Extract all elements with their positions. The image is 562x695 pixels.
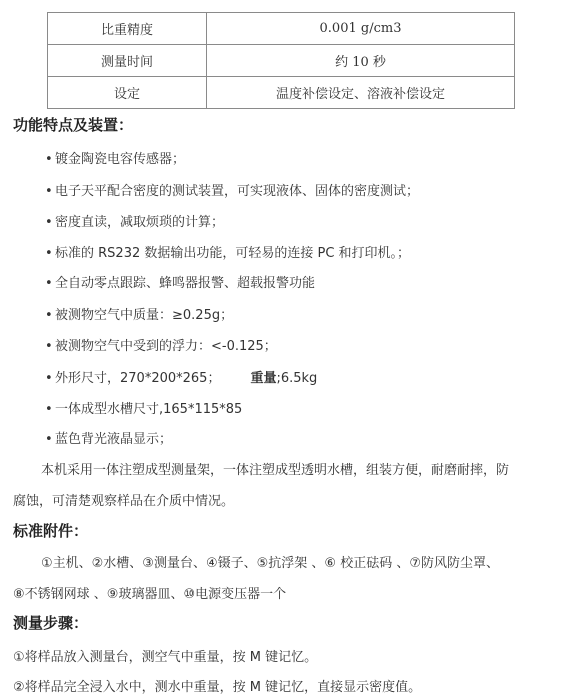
- spec-label: 比重精度: [48, 13, 207, 45]
- feature-item: •被测物空气中受到的浮力：<-0.125；: [45, 335, 277, 354]
- feature-item: •电子天平配合密度的测试装置，可实现液体、固体的密度测试；: [45, 180, 419, 199]
- feature-item: •一体成型水槽尺寸,165*115*85: [45, 398, 242, 417]
- bullet-icon: •: [45, 276, 55, 291]
- weight-label: 重量: [250, 371, 276, 386]
- step-item: ②将样品完全浸入水中，测水中重量，按 M 键记忆，直接显示密度值。: [13, 676, 421, 695]
- feature-text: 外形尺寸，270*200*265；: [55, 371, 220, 386]
- feature-item: •标准的 RS232 数据输出功能，可轻易的连接 PC 和打印机。；: [45, 242, 410, 261]
- bullet-icon: •: [45, 339, 55, 354]
- feature-text: 标准的 RS232 数据输出功能，可轻易的连接 PC 和打印机。；: [55, 246, 410, 261]
- spec-label: 测量时间: [48, 45, 207, 77]
- bullet-icon: •: [45, 152, 55, 167]
- feature-text: 被测物空气中质量：≥0.25g；: [55, 308, 233, 323]
- step-item: ①将样品放入测量台，测空气中重量，按 M 键记忆。: [13, 646, 317, 665]
- description-paragraph-line: 本机采用一体注塑成型测量架，一体注塑成型透明水槽，组装方便，耐磨耐摔，防: [41, 459, 509, 478]
- table-row: 比重精度 0.001 g/cm3: [48, 13, 515, 45]
- spec-table: 比重精度 0.001 g/cm3 测量时间 约 10 秒 设定 温度补偿设定、溶…: [47, 12, 515, 109]
- feature-text: 蓝色背光液晶显示；: [55, 432, 172, 447]
- accessories-heading: 标准附件：: [13, 520, 88, 541]
- spec-value: 0.001 g/cm3: [207, 13, 515, 45]
- bullet-icon: •: [45, 308, 55, 323]
- spec-value: 温度补偿设定、溶液补偿设定: [207, 77, 515, 109]
- bullet-icon: •: [45, 184, 55, 199]
- table-row: 设定 温度补偿设定、溶液补偿设定: [48, 77, 515, 109]
- spec-value: 约 10 秒: [207, 45, 515, 77]
- feature-item: •外形尺寸，270*200*265；重量;6.5kg: [45, 367, 317, 386]
- steps-heading: 测量步骤：: [13, 612, 88, 633]
- feature-text: 全自动零点跟踪、蜂鸣器报警、超载报警功能: [55, 276, 315, 291]
- feature-text: 电子天平配合密度的测试装置，可实现液体、固体的密度测试；: [55, 184, 419, 199]
- feature-text: 镀金陶瓷电容传感器；: [55, 152, 185, 167]
- bullet-icon: •: [45, 215, 55, 230]
- spec-label: 设定: [48, 77, 207, 109]
- feature-item: •蓝色背光液晶显示；: [45, 428, 172, 447]
- features-heading: 功能特点及装置：: [13, 114, 133, 135]
- feature-text: 一体成型水槽尺寸,165*115*85: [55, 402, 242, 417]
- table-row: 测量时间 约 10 秒: [48, 45, 515, 77]
- feature-item: •全自动零点跟踪、蜂鸣器报警、超载报警功能: [45, 272, 315, 291]
- bullet-icon: •: [45, 371, 55, 386]
- description-paragraph-line: 腐蚀，可清楚观察样品在介质中情况。: [13, 490, 234, 509]
- bullet-icon: •: [45, 402, 55, 417]
- feature-item: •镀金陶瓷电容传感器；: [45, 148, 185, 167]
- weight-value: ;6.5kg: [276, 371, 317, 386]
- bullet-icon: •: [45, 246, 55, 261]
- feature-item: •密度直读，减取烦琐的计算；: [45, 211, 224, 230]
- feature-item: •被测物空气中质量：≥0.25g；: [45, 304, 233, 323]
- accessories-line: ⑧不锈钢网球 、⑨玻璃器皿、⑩电源变压器一个: [13, 583, 286, 602]
- feature-text: 被测物空气中受到的浮力：<-0.125；: [55, 339, 277, 354]
- feature-text: 密度直读，减取烦琐的计算；: [55, 215, 224, 230]
- bullet-icon: •: [45, 432, 55, 447]
- accessories-line: ①主机、②水槽、③测量台、④镊子、⑤抗浮架 、⑥ 校正砝码 、⑦防风防尘罩、: [41, 552, 499, 571]
